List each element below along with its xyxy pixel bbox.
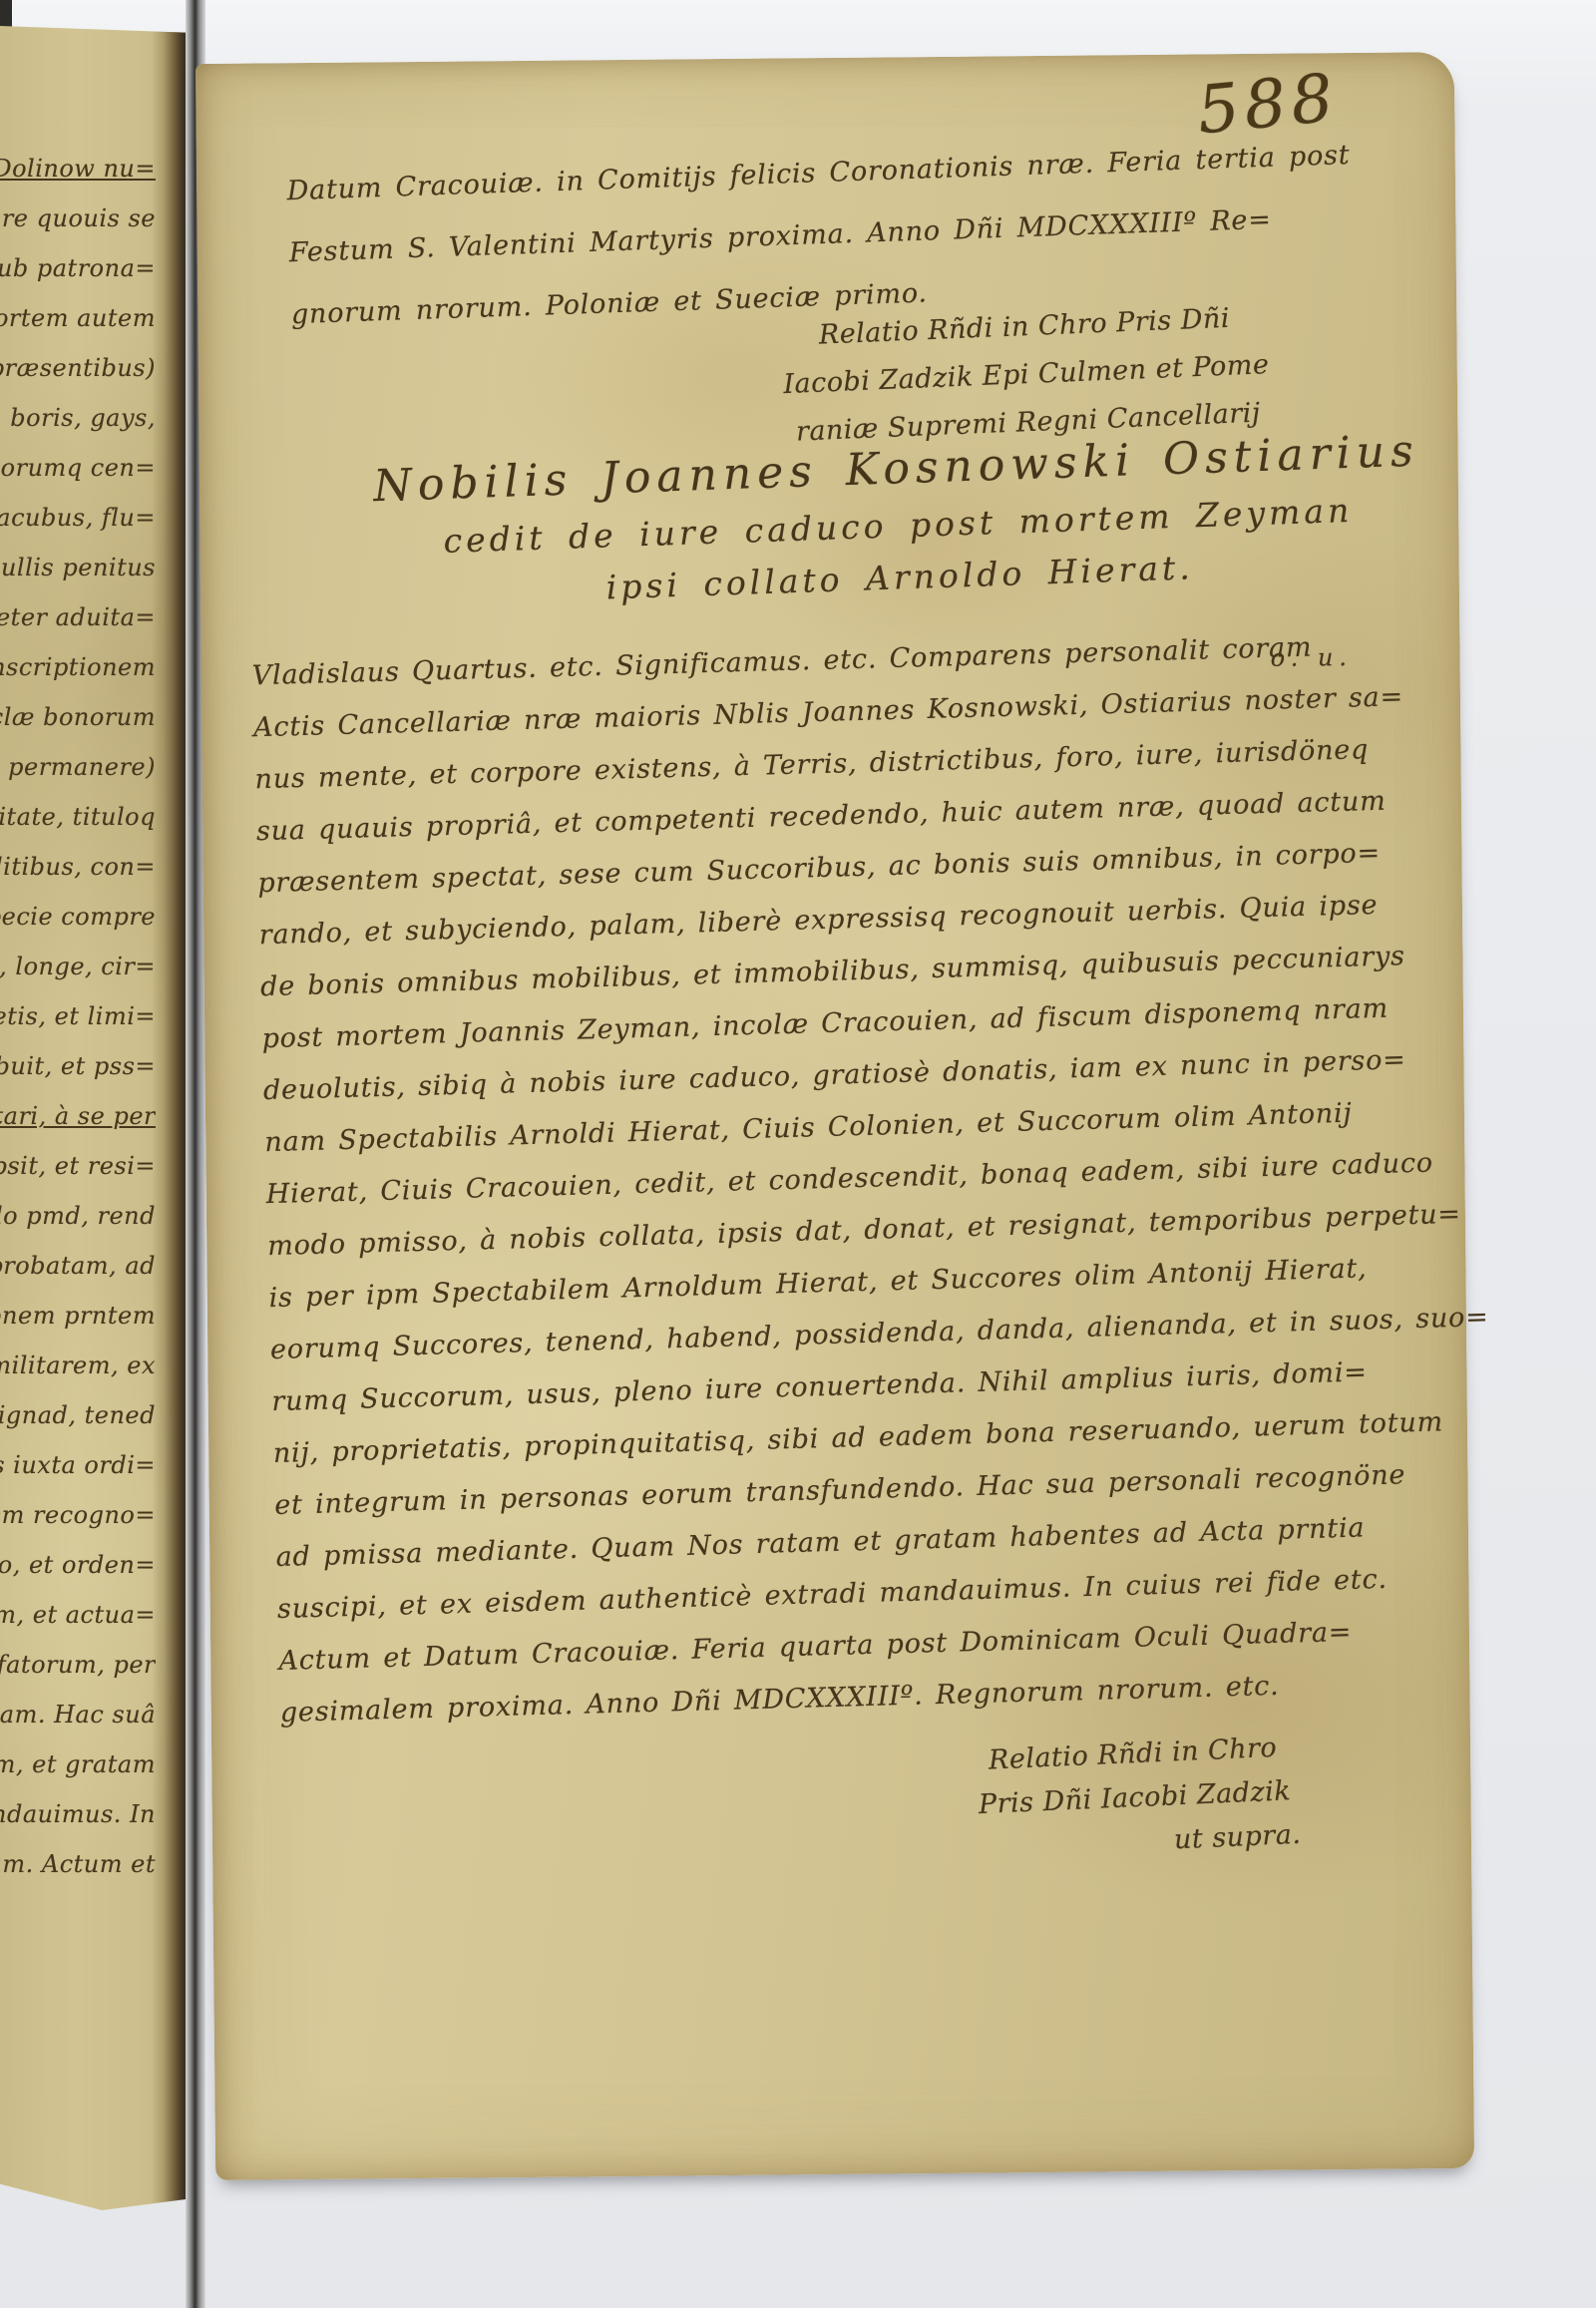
manuscript-scan: reditaria, Dolinow nu=sistentia, iure qu… xyxy=(0,0,1596,2308)
left-page-line: Nos ratam, et gratam xyxy=(0,1739,156,1789)
left-page-line: tui militari, à se per xyxy=(0,1091,156,1141)
left-page-text: reditaria, Dolinow nu=sistentia, iure qu… xyxy=(0,144,156,2200)
left-page-line: sistentia, iure quouis se xyxy=(0,193,156,243)
left-page-line: iut, inscripsit, et resi= xyxy=(0,1141,156,1191)
left-page-line: reditaria, Dolinow nu= xyxy=(0,144,156,193)
left-page-line: mnatum militarem, ex xyxy=(0,1341,156,1390)
left-page-line: is Syluis, boris, gays, xyxy=(0,393,156,443)
left-page-line: ndo, ita late, longe, cir= xyxy=(0,942,156,991)
left-page-line: promissionem, et actua= xyxy=(0,1590,156,1640)
left-page-line: otionem probatam, ad xyxy=(0,1241,156,1291)
left-page-line: ulis in specie compre xyxy=(0,892,156,942)
left-page-line: adi mandauimus. In xyxy=(0,1789,156,1839)
left-page-line: at, titulo pmd, rend xyxy=(0,1191,156,1241)
left-page-line: quouis, (præter aduita= xyxy=(0,592,156,642)
left-page-line: niuersis, nullis penitus xyxy=(0,543,156,592)
document-heading: Nobilis Joannes Kosnowski Ostiariuscedit… xyxy=(327,419,1469,623)
body-text: Vladislaus Quartus. etc. Significamus. e… xyxy=(251,617,1499,1739)
left-page-line: em ad inscronem prntem xyxy=(0,1291,156,1341)
left-page-line: quis suæ, inscriptionem xyxy=(0,642,156,692)
left-page-line: inquilinis eorumq cen= xyxy=(0,443,156,493)
left-page-line: s, tenuit, habuit, et pss= xyxy=(0,1041,156,1091)
main-page: 588 Datum Cracouiæ. in Comitijs felicis … xyxy=(196,52,1474,2180)
left-page-line: as, in suis metis, et limi= xyxy=(0,991,156,1041)
left-page-line: ponarys (iub patrona= xyxy=(0,243,156,293)
left-page-line: bonorum præfatorum, per xyxy=(0,1640,156,1690)
left-page-line: latas uult permanere) xyxy=(0,742,156,792)
left-page-line: uentibus, redditibus, con= xyxy=(0,842,156,892)
left-page-line: ando, post mortem autem xyxy=(0,293,156,343)
left-page-line: icarys Ecclæ bonorum xyxy=(0,692,156,742)
left-page-line: et ad usus iuxta ordi= xyxy=(0,1440,156,1490)
left-page-line: te, propinquitate, tituloq xyxy=(0,792,156,842)
left-page-line: et donando præsentibus) xyxy=(0,343,156,393)
left-page-line: pressum. Actum et xyxy=(0,1839,156,1889)
left-page: reditaria, Dolinow nu=sistentia, iure qu… xyxy=(0,26,186,2210)
left-page-line: m ex nunc idem recogno= xyxy=(0,1490,156,1540)
left-page-line: et resignad, tened xyxy=(0,1390,156,1440)
left-page-line: tari instituto, et orden= xyxy=(0,1540,156,1590)
left-page-line: piscinis, lacubus, flu= xyxy=(0,493,156,543)
left-page-line: cceptandam. Hac suâ xyxy=(0,1690,156,1739)
closing-relatio: Relatio Rñdi in ChroPris Dñi Iacobi Zadz… xyxy=(898,1723,1372,1875)
